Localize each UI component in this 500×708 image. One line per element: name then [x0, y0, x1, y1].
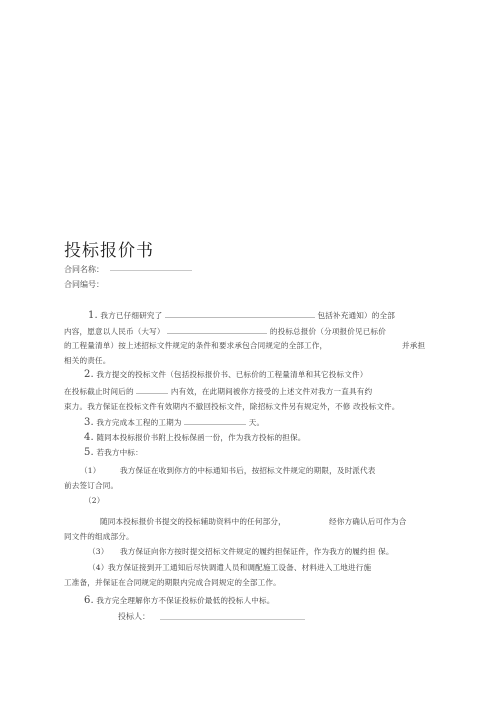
contract-name-blank [110, 270, 192, 271]
clause-number: 4. [84, 432, 94, 443]
contract-name-label: 合同名称： [64, 264, 104, 275]
subclause-1-line-1: 我方保证在收到你方的中标通知书后，按招标文件规定的期限，及时派代表 [120, 465, 376, 476]
clause-number: 1. [88, 310, 98, 321]
blank-field [184, 416, 246, 425]
paragraph-1-line-3-end: 并承担 [402, 340, 425, 351]
subclause-1-number: （1） [80, 465, 100, 476]
subclause-3-line-1: 我方保证向你方按时提交招标文件规定的履约担保证件，作为我方的履约担 保。 [120, 546, 394, 557]
blank-field [136, 385, 168, 394]
subclause-4-line-1: 我方保证接到开工通知后尽快调遣人员和调配施工设备、材料进入工地进行施 [108, 562, 371, 573]
subclause-4-number: （4） [88, 562, 108, 573]
paragraph-1-line-4: 相关的责任。 [64, 355, 110, 366]
paragraph-1-line-1: 1. 我方已仔细研究了 包括补充通知）的全部 [88, 309, 395, 321]
paragraph-1-line-2: 内容，愿意以人民币（大写） 的投标总报价（分项报价见已标价 [64, 325, 386, 337]
paragraph-2-line-3: 束力。我方保证在投标文件有效期内不撤回投标文件，除招标文件另有规定外，不修 改投… [64, 401, 400, 412]
paragraph-2-line-2: 在投标截止时间后的 内有效，在此期间被你方接受的上述文件对我方一直具有约 [64, 385, 372, 397]
clause-number: 2. [84, 369, 94, 380]
clause-number: 3. [84, 417, 94, 428]
bidder-label: 投标人： [118, 611, 150, 622]
clause-number: 6. [84, 595, 94, 606]
subclause-4-line-2: 工准备，并保证在合同规定的期限内完成合同规定的全部工作。 [64, 577, 281, 588]
contract-no-label: 合同编号： [64, 279, 104, 290]
subclause-2-line-1-end: 经你方确认后可作为合 [329, 516, 406, 527]
blank-field [165, 309, 315, 318]
paragraph-2-line-1: 2. 我方提交的投标文件（包括投标报价书、已标价的工程量清单和其它投标文件） [84, 369, 367, 380]
paragraph-4: 4. 随同本投标报价书附上投标保函一份，作为我方投标的担保。 [84, 432, 306, 443]
clause-number: 5. [84, 447, 94, 458]
paragraph-5: 5. 若我方中标： [84, 447, 143, 458]
bidder-signature-blank [160, 619, 305, 620]
paragraph-1-line-3: 的工程量清单）按上述招标文件规定的条件和要求承包合同规定的全部工作， [64, 340, 327, 351]
subclause-2-line-1: 随同本投标报价书提交的投标辅助资料中的任何部分， [100, 516, 286, 527]
subclause-2-number: （2） [84, 495, 104, 506]
subclause-1-line-2: 前去签订合同。 [64, 480, 118, 491]
paragraph-3: 3. 我方完成本工程的工期为 天。 [84, 416, 264, 428]
blank-field [167, 325, 267, 334]
paragraph-6: 6. 我方完全理解你方不保证投标价最低的投标人中标。 [84, 595, 275, 606]
subclause-3-number: （3） [88, 546, 108, 557]
page-title: 投标报价书 [64, 236, 154, 261]
subclause-2-line-2: 同文件的组成部分。 [64, 531, 134, 542]
